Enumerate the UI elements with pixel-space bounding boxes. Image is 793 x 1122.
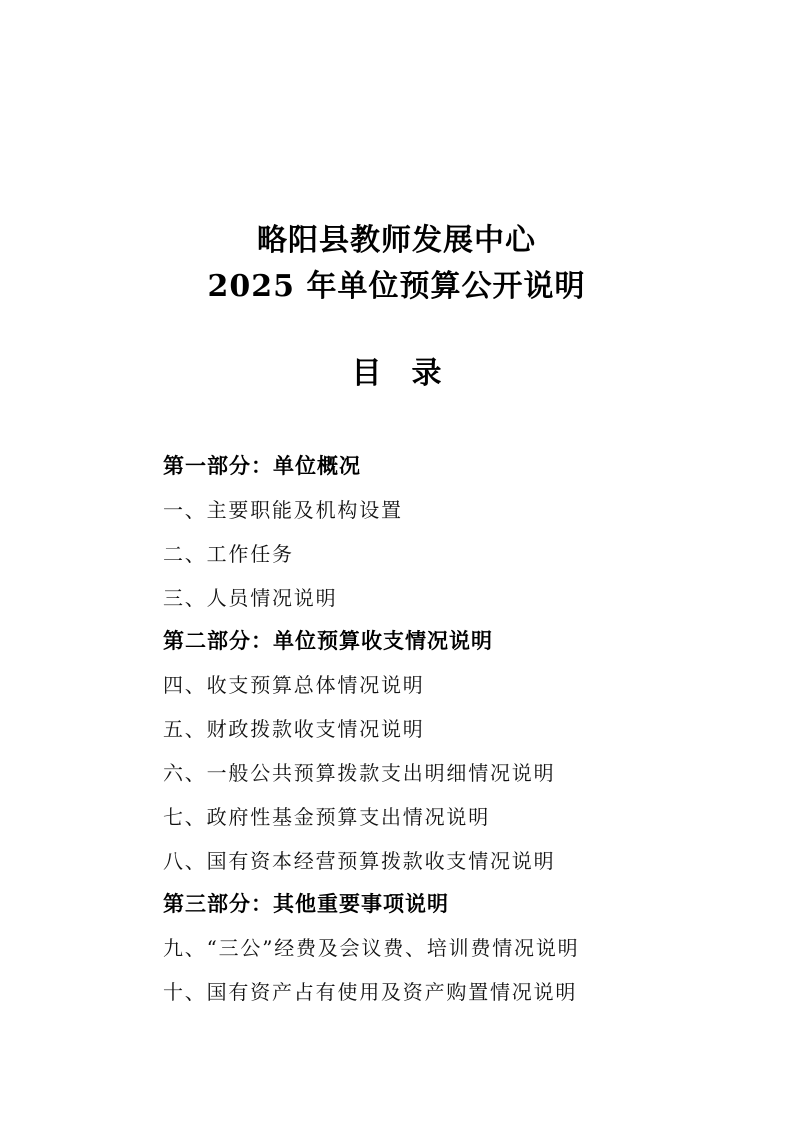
toc-entry-3: 三、人员情况说明 (163, 574, 733, 618)
document-title-line1: 略阳县教师发展中心 (0, 218, 793, 264)
toc-heading: 目 录 (0, 356, 793, 392)
toc-entry-10: 十、国有资产占有使用及资产购置情况说明 (163, 969, 733, 1013)
toc-entry-1: 一、主要职能及机构设置 (163, 487, 733, 531)
toc-entry-7: 七、政府性基金预算支出情况说明 (163, 793, 733, 837)
document-page: 略阳县教师发展中心 2025 年单位预算公开说明 目 录 第一部分：单位概况 一… (0, 0, 793, 1122)
toc-entry-2: 二、工作任务 (163, 531, 733, 575)
toc-entry-5: 五、财政拨款收支情况说明 (163, 706, 733, 750)
toc-section-part1: 第一部分：单位概况 (163, 443, 733, 487)
toc-entry-6: 六、一般公共预算拨款支出明细情况说明 (163, 750, 733, 794)
toc-list: 第一部分：单位概况 一、主要职能及机构设置 二、工作任务 三、人员情况说明 第二… (163, 443, 733, 1012)
toc-section-part3: 第三部分：其他重要事项说明 (163, 881, 733, 925)
toc-entry-4: 四、收支预算总体情况说明 (163, 662, 733, 706)
document-title: 略阳县教师发展中心 2025 年单位预算公开说明 (0, 218, 793, 310)
document-title-line2: 2025 年单位预算公开说明 (0, 264, 793, 310)
toc-entry-8: 八、国有资本经营预算拨款收支情况说明 (163, 837, 733, 881)
toc-entry-9: 九、“三公”经费及会议费、培训费情况说明 (163, 925, 733, 969)
toc-section-part2: 第二部分：单位预算收支情况说明 (163, 618, 733, 662)
